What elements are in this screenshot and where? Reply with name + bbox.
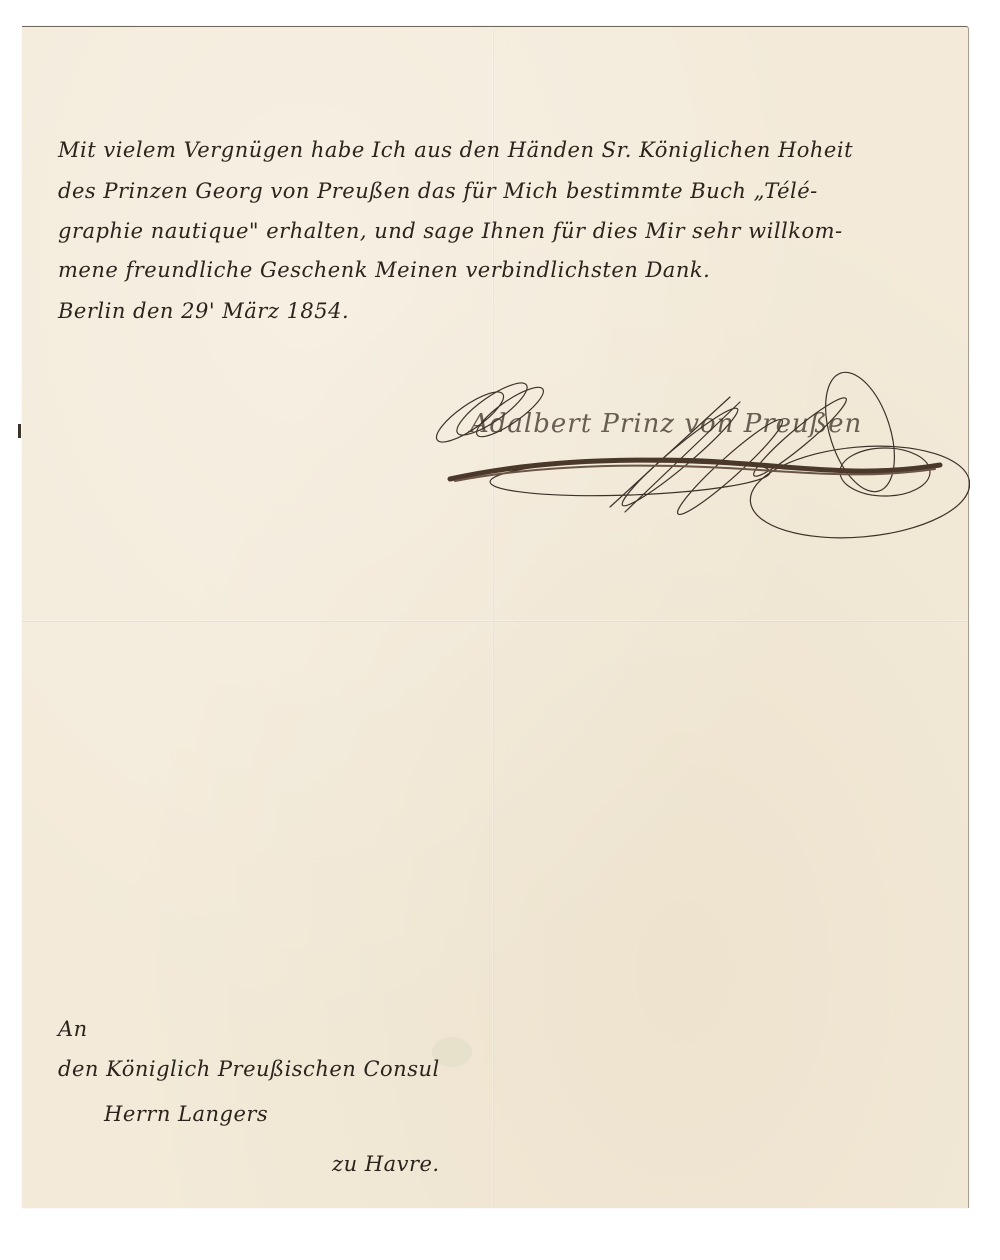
letter-body-line-2: des Prinzen Georg von Preußen das für Mi… bbox=[58, 179, 818, 203]
letter-body-line-3: graphie nautique" erhalten, und sage Ihn… bbox=[58, 219, 843, 243]
signature-flourish-icon bbox=[430, 357, 970, 557]
signature: Adalbert Prinz von Preußen bbox=[430, 357, 970, 557]
address-line-2: den Königlich Preußischen Consul bbox=[58, 1057, 440, 1081]
vertical-fold-line bbox=[492, 27, 494, 1208]
address-line-1: An bbox=[58, 1017, 88, 1041]
address-line-3: Herrn Langers bbox=[104, 1102, 268, 1126]
paper-edge-mark bbox=[18, 424, 21, 438]
letter-body-line-1: Mit vielem Vergnügen habe Ich aus den Hä… bbox=[58, 138, 853, 162]
address-line-4: zu Havre. bbox=[332, 1152, 440, 1176]
letter-body-line-4: mene freundliche Geschenk Meinen verbind… bbox=[58, 258, 710, 282]
horizontal-fold-line bbox=[22, 620, 968, 622]
letter-paper: Mit vielem Vergnügen habe Ich aus den Hä… bbox=[22, 26, 969, 1208]
letter-dateline: Berlin den 29' März 1854. bbox=[58, 299, 349, 323]
signature-name: Adalbert Prinz von Preußen bbox=[470, 409, 862, 439]
